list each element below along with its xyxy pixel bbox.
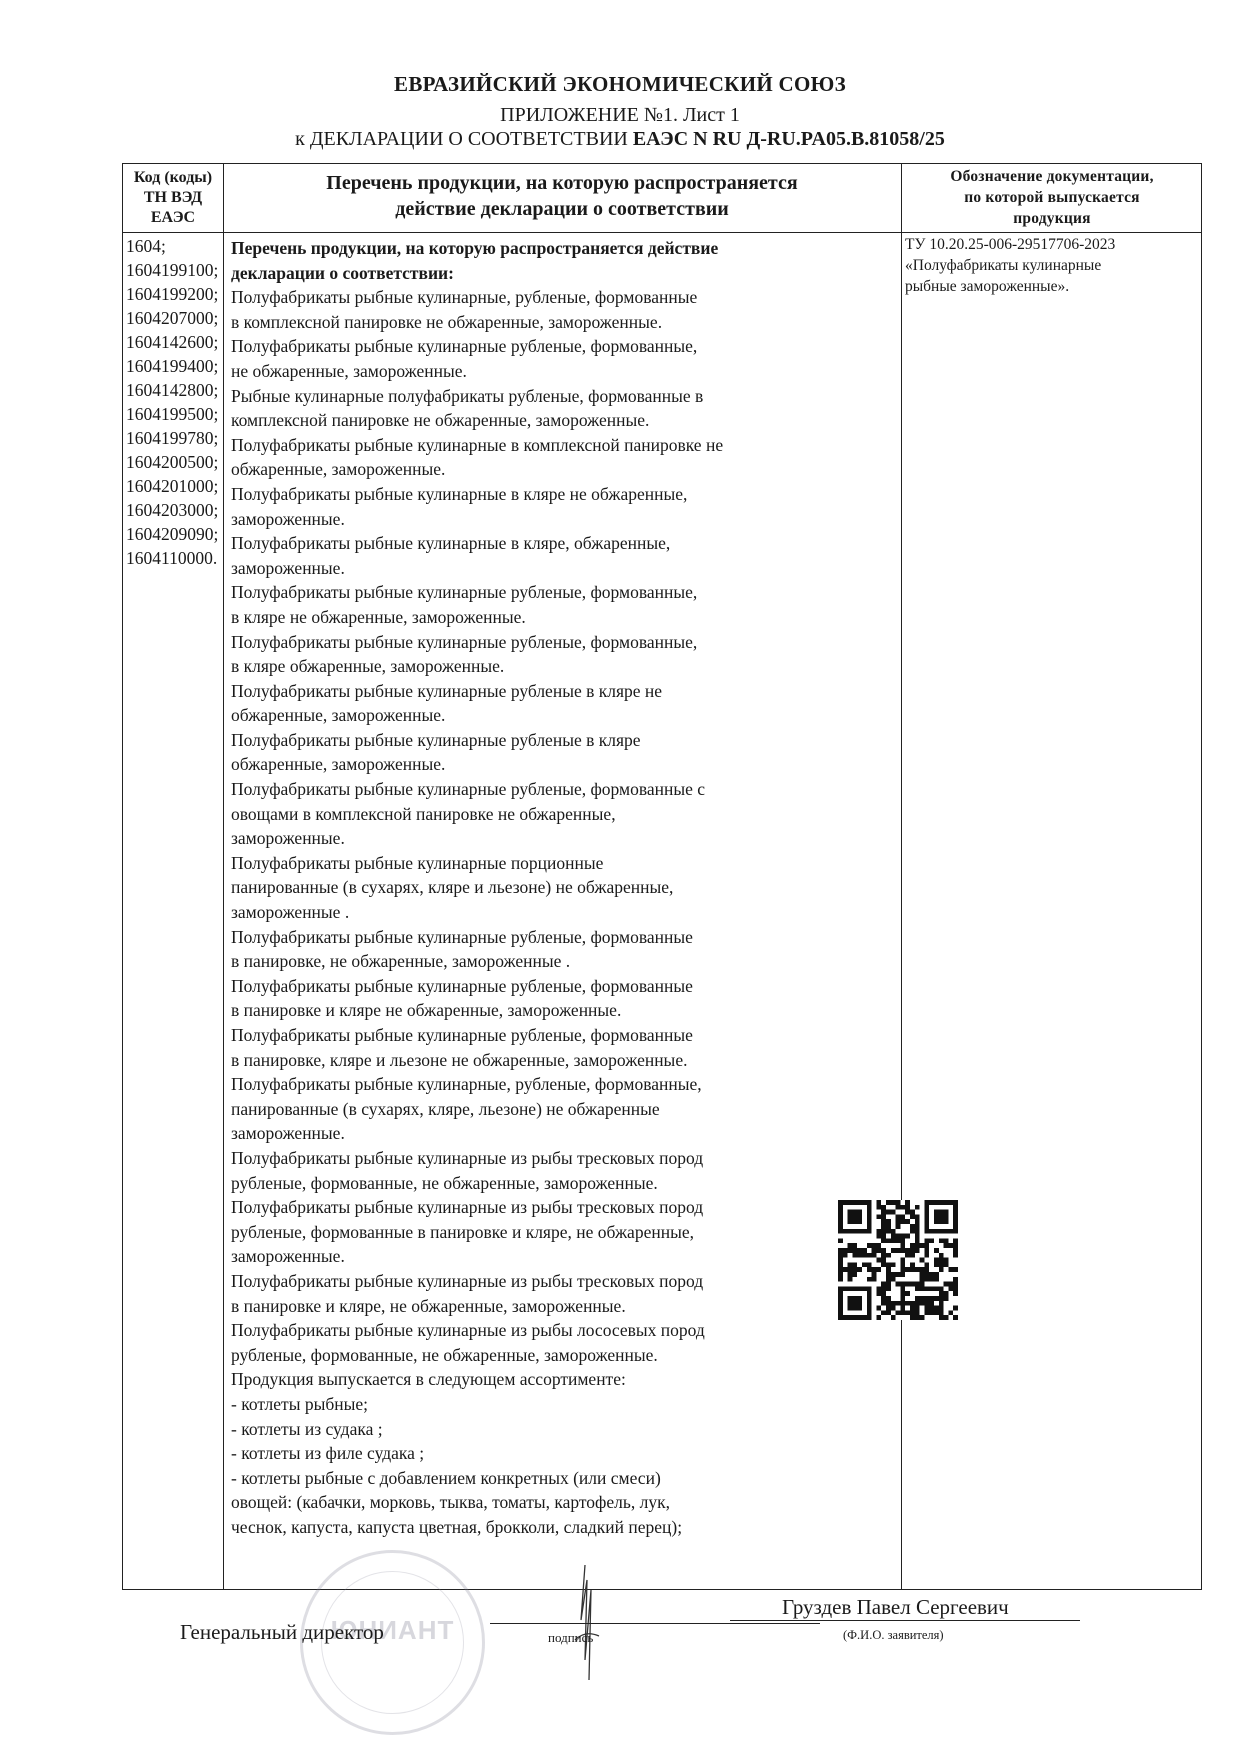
product-line: не обжаренные, замороженные. [231,359,899,384]
product-line: Полуфабрикаты рыбные кулинарные, рублены… [231,1072,899,1097]
hs-code: 1604142800; [126,378,222,402]
product-line: Рыбные кулинарные полуфабрикаты рубленые… [231,384,899,409]
product-line: Полуфабрикаты рыбные кулинарные рубленые… [231,580,899,605]
product-line: в панировке и кляре не обжаренные, замор… [231,998,899,1023]
product-line: Полуфабрикаты рыбные кулинарные рубленые… [231,925,899,950]
signature-icon [555,1560,615,1690]
column-divider [223,164,224,1589]
header-line: действие декларации о соответствии [223,196,901,222]
header-line: ЕАЭС [123,208,223,228]
documentation-line: «Полуфабрикаты кулинарные [905,255,1201,276]
product-line: в кляре не обжаренные, замороженные. [231,605,899,630]
product-line: Полуфабрикаты рыбные кулинарные из рыбы … [231,1269,899,1294]
product-line: замороженные . [231,900,899,925]
signer-name: Груздев Павел Сергеевич [782,1595,1009,1620]
hs-code: 1604201000; [126,474,222,498]
hs-code: 1604207000; [126,306,222,330]
products-list: Перечень продукции, на которую распростр… [231,236,899,1539]
product-line: рубленые, формованные, не обжаренные, за… [231,1171,899,1196]
qr-code-icon [838,1200,958,1320]
product-line: Полуфабрикаты рыбные кулинарные рубленые… [231,630,899,655]
product-line: обжаренные, замороженные. [231,752,899,777]
union-title: ЕВРАЗИЙСКИЙ ЭКОНОМИЧЕСКИЙ СОЮЗ [0,72,1240,97]
header-line: продукция [901,208,1203,229]
header-line: по которой выпускается [901,187,1203,208]
product-line: замороженные. [231,507,899,532]
product-line: Полуфабрикаты рыбные кулинарные из рыбы … [231,1146,899,1171]
column-divider [901,164,902,1589]
signature-caption: подпись [548,1630,593,1646]
hs-codes-list: 1604;1604199100;1604199200;1604207000;16… [126,234,222,570]
header-line: Код (коды) [123,168,223,188]
header-divider [123,232,1201,233]
product-line: в кляре обжаренные, замороженные. [231,654,899,679]
product-line: панированные (в сухарях, кляре, льезоне)… [231,1097,899,1122]
hs-code: 1604142600; [126,330,222,354]
product-line: чеснок, капуста, капуста цветная, брокко… [231,1515,899,1540]
hs-code: 1604110000. [126,546,222,570]
declaration-prefix: к ДЕКЛАРАЦИИ О СООТВЕТСТВИИ [295,128,633,150]
product-line: комплексной панировке не обжаренные, зам… [231,408,899,433]
product-line: Полуфабрикаты рыбные кулинарные рубленые… [231,728,899,753]
signature-line [490,1623,820,1624]
header-line: ТН ВЭД [123,188,223,208]
declaration-title: к ДЕКЛАРАЦИИ О СООТВЕТСТВИИ ЕАЭС N RU Д-… [0,128,1240,151]
products-lead: декларации о соответствии: [231,261,899,286]
products-table: Код (коды) ТН ВЭД ЕАЭС Перечень продукци… [122,163,1202,1590]
hs-code: 1604200500; [126,450,222,474]
product-line: овощей: (кабачки, морковь, тыква, томаты… [231,1490,899,1515]
header-products: Перечень продукции, на которую распростр… [223,170,901,222]
hs-code: 1604199400; [126,354,222,378]
product-line: замороженные. [231,1244,899,1269]
product-line: - котлеты из судака ; [231,1417,899,1442]
documentation-line: ТУ 10.20.25-006-29517706-2023 [905,234,1201,255]
product-line: замороженные. [231,1121,899,1146]
product-line: Полуфабрикаты рыбные кулинарные в кляре … [231,482,899,507]
product-line: Полуфабрикаты рыбные кулинарные рубленые… [231,1023,899,1048]
hs-code: 1604199100; [126,258,222,282]
product-line: в панировке, не обжаренные, замороженные… [231,949,899,974]
product-line: рубленые, формованные в панировке и кляр… [231,1220,899,1245]
signer-caption: (Ф.И.О. заявителя) [843,1628,944,1643]
product-line: Полуфабрикаты рыбные кулинарные из рыбы … [231,1318,899,1343]
product-line: в панировке и кляре, не обжаренные, замо… [231,1294,899,1319]
product-line: Полуфабрикаты рыбные кулинарные рубленые… [231,974,899,999]
documentation-line: рыбные замороженные». [905,276,1201,297]
header-documentation: Обозначение документации, по которой вып… [901,166,1203,229]
product-lines: Полуфабрикаты рыбные кулинарные, рублены… [231,285,899,1539]
product-line: Полуфабрикаты рыбные кулинарные, рублены… [231,285,899,310]
product-line: Полуфабрикаты рыбные кулинарные порционн… [231,851,899,876]
appendix-title: ПРИЛОЖЕНИЕ №1. Лист 1 [0,104,1240,127]
signer-name-line [730,1620,1080,1621]
product-line: Продукция выпускается в следующем ассорт… [231,1367,899,1392]
product-line: Полуфабрикаты рыбные кулинарные из рыбы … [231,1195,899,1220]
product-line: Полуфабрикаты рыбные кулинарные рубленые… [231,777,899,802]
hs-code: 1604209090; [126,522,222,546]
hs-code: 1604203000; [126,498,222,522]
header-codes: Код (коды) ТН ВЭД ЕАЭС [123,168,223,228]
hs-code: 1604199500; [126,402,222,426]
hs-code: 1604199200; [126,282,222,306]
header-line: Обозначение документации, [901,166,1203,187]
declaration-number: ЕАЭС N RU Д-RU.PA05.B.81058/25 [633,128,945,150]
product-line: Полуфабрикаты рыбные кулинарные в компле… [231,433,899,458]
product-line: - котлеты рыбные с добавлением конкретны… [231,1466,899,1491]
signer-position: Генеральный директор [180,1620,384,1645]
product-line: - котлеты рыбные; [231,1392,899,1417]
products-lead: Перечень продукции, на которую распростр… [231,236,899,261]
product-line: Полуфабрикаты рыбные кулинарные рубленые… [231,679,899,704]
product-line: в панировке, кляре и льезоне не обжаренн… [231,1048,899,1073]
product-line: обжаренные, замороженные. [231,703,899,728]
documentation-reference: ТУ 10.20.25-006-29517706-2023«Полуфабрик… [905,234,1201,297]
product-line: замороженные. [231,556,899,581]
product-line: овощами в комплексной панировке не обжар… [231,802,899,827]
header-line: Перечень продукции, на которую распростр… [223,170,901,196]
hs-code: 1604; [126,234,222,258]
product-line: Полуфабрикаты рыбные кулинарные рубленые… [231,334,899,359]
product-line: в комплексной панировке не обжаренные, з… [231,310,899,335]
product-line: обжаренные, замороженные. [231,457,899,482]
product-line: панированные (в сухарях, кляре и льезоне… [231,875,899,900]
product-line: рубленые, формованные, не обжаренные, за… [231,1343,899,1368]
hs-code: 1604199780; [126,426,222,450]
product-line: - котлеты из филе судака ; [231,1441,899,1466]
product-line: Полуфабрикаты рыбные кулинарные в кляре,… [231,531,899,556]
product-line: замороженные. [231,826,899,851]
